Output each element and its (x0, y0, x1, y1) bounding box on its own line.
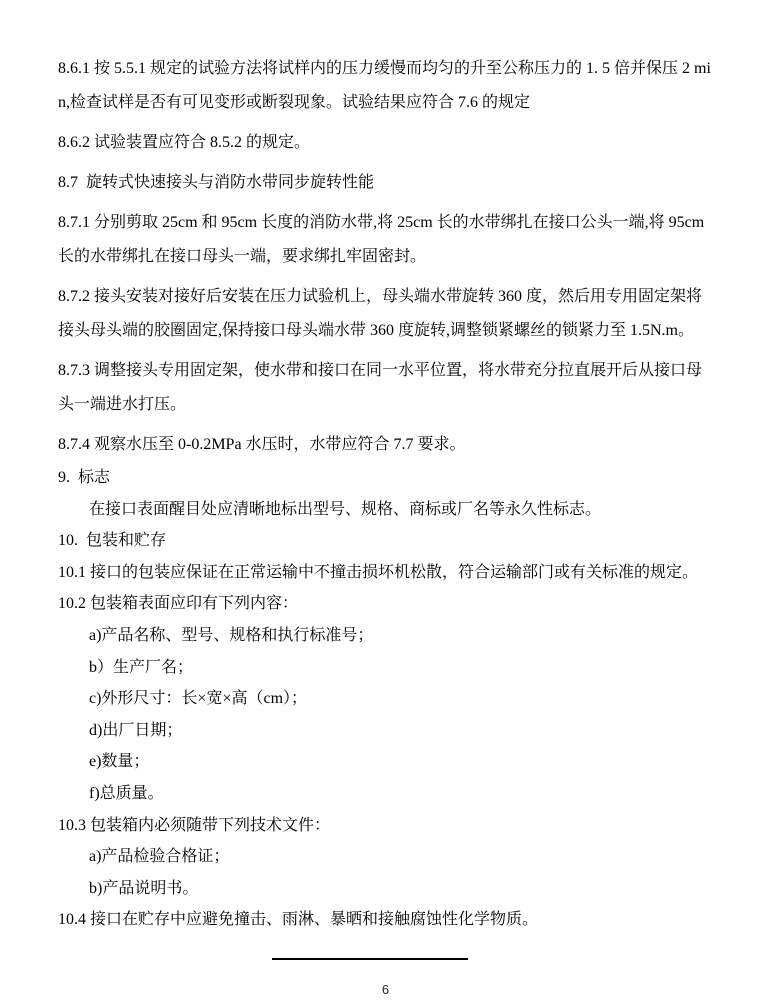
document-page: 8.6.1 按 5.5.1 规定的试验方法将试样内的压力缓慢而均匀的升至公称压力… (0, 0, 771, 1008)
paragraph-10-2-f: f)总质量。 (58, 778, 716, 810)
paragraph-10-3: 10.3 包装箱内必须随带下列技术文件： (58, 810, 716, 842)
paragraph-8-6-2: 8.6.2 试验装置应符合 8.5.2 的规定。 (58, 126, 716, 160)
paragraph-10-2-b: b）生产厂名； (58, 652, 716, 684)
paragraph-10-2-c: c)外形尺寸：长×宽×高（cm）； (58, 683, 716, 715)
footer-separator-line (272, 958, 468, 960)
paragraph-10-2-e: e)数量； (58, 746, 716, 778)
paragraph-10-2-d: d)出厂日期； (58, 715, 716, 747)
paragraph-8-7-2: 8.7.2 接头安装对接好后安装在压力试验机上，母头端水带旋转 360 度，然后… (58, 280, 716, 348)
paragraph-8-7-3: 8.7.3 调整接头专用固定架，使水带和接口在同一水平位置，将水带充分拉直展开后… (58, 354, 716, 422)
page-number: 6 (0, 983, 771, 997)
paragraph-10-3-b: b)产品说明书。 (58, 873, 716, 905)
paragraph-10-3-a: a)产品检验合格证； (58, 841, 716, 873)
paragraph-9-body: 在接口表面醒目处应清晰地标出型号、规格、商标或厂名等永久性标志。 (58, 494, 716, 526)
paragraph-8-7-4: 8.7.4 观察水压至 0-0.2MPa 水压时，水带应符合 7.7 要求。 (58, 428, 716, 462)
paragraph-8-6-1: 8.6.1 按 5.5.1 规定的试验方法将试样内的压力缓慢而均匀的升至公称压力… (58, 52, 716, 120)
document-body: 8.6.1 按 5.5.1 规定的试验方法将试样内的压力缓慢而均匀的升至公称压力… (58, 52, 716, 936)
paragraph-10-1: 10.1 接口的包装应保证在正常运输中不撞击损坏机松散，符合运输部门或有关标准的… (58, 557, 716, 589)
paragraph-8-7-1: 8.7.1 分别剪取 25cm 和 95cm 长度的消防水带,将 25cm 长的… (58, 206, 716, 274)
paragraph-8-7: 8.7 旋转式快速接头与消防水带同步旋转性能 (58, 166, 716, 200)
paragraph-10-4: 10.4 接口在贮存中应避免撞击、雨淋、暴晒和接触腐蚀性化学物质。 (58, 904, 716, 936)
paragraph-9: 9. 标志 (58, 462, 716, 494)
paragraph-10-2-a: a)产品名称、型号、规格和执行标准号； (58, 620, 716, 652)
paragraph-10: 10. 包装和贮存 (58, 525, 716, 557)
paragraph-10-2: 10.2 包装箱表面应印有下列内容： (58, 588, 716, 620)
